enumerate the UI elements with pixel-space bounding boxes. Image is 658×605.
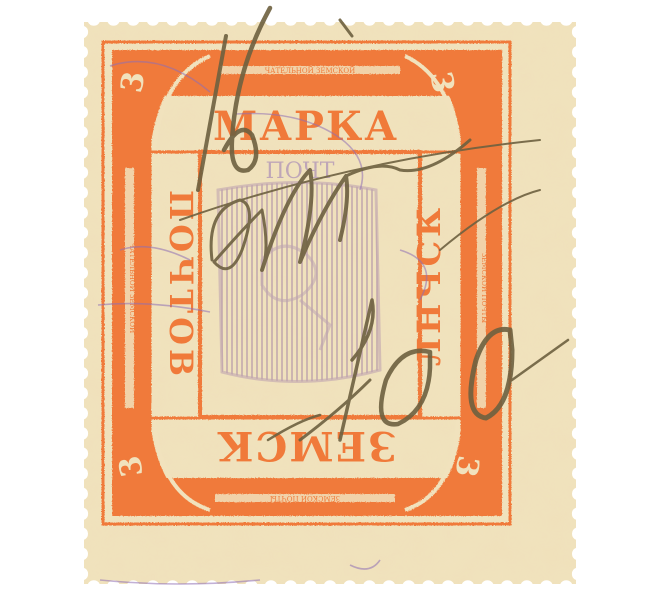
inscription-bottom: ЗЕМСК xyxy=(215,422,397,469)
coat-of-arms-center: ПОЧТ xyxy=(218,159,380,382)
stamp-illustration: МАРКА ЗЕМСК ПОЧТОВ ЛНЧСК ЧАТЕЛЬНОЙ ЗЕМСК… xyxy=(0,0,658,605)
microtext-bottom: ЗЕМСКОЙ ПОЧТЫ xyxy=(270,494,340,503)
microtext-right: ЗЕМСКОЙ ПОЧТЫ xyxy=(480,253,489,323)
inscription-left: ПОЧТОВ xyxy=(162,190,200,380)
inscription-top: МАРКА xyxy=(213,103,399,150)
microtext-left: ЧАТЕЛЬНОЙ ЗЕМСКОЙ xyxy=(128,243,137,333)
microtext-top: ЧАТЕЛЬНОЙ ЗЕМСКОЙ xyxy=(265,66,355,75)
stamp-photo: МАРКА ЗЕМСК ПОЧТОВ ЛНЧСК ЧАТЕЛЬНОЙ ЗЕМСК… xyxy=(0,0,658,605)
inscription-right: ЛНЧСК xyxy=(410,204,448,366)
